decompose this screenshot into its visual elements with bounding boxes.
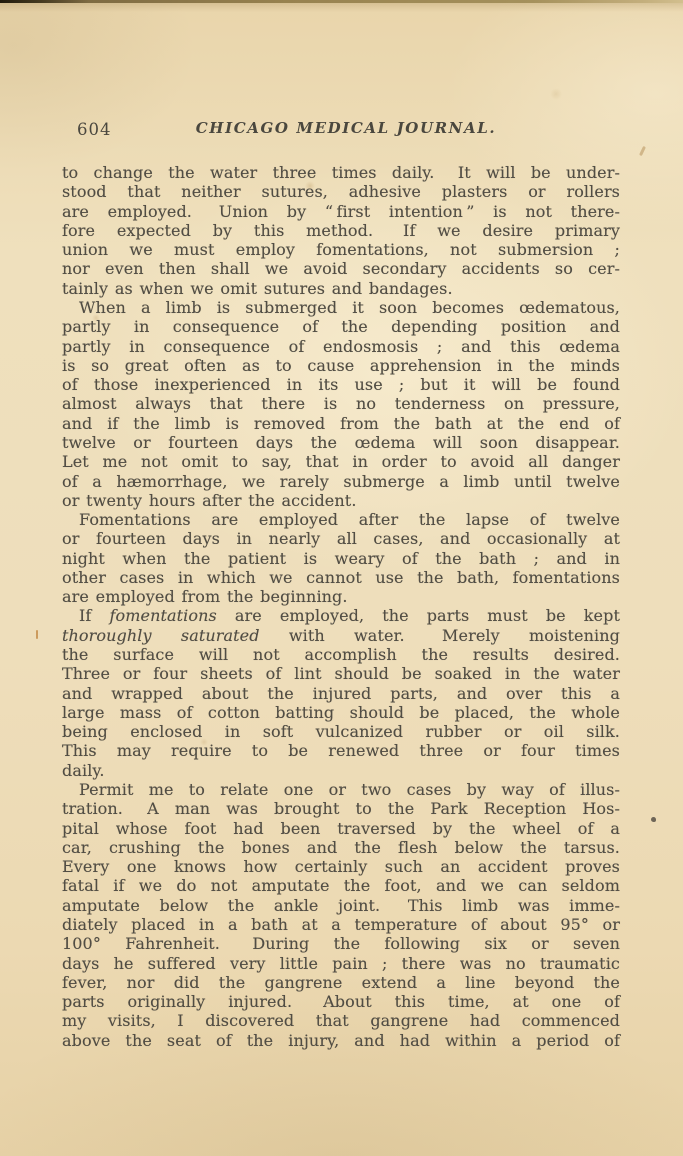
text-line: This may require to be renewed three or … xyxy=(62,741,620,760)
paragraph: Permit me to relate one or two cases by … xyxy=(62,780,620,1050)
text-line: night when the patient is weary of the b… xyxy=(62,549,620,568)
text-line: When a limb is submerged it soon becomes… xyxy=(62,298,620,317)
running-head: 604 CHICAGO MEDICAL JOURNAL. xyxy=(62,119,620,139)
text-line: fatal if we do not amputate the foot, an… xyxy=(62,876,620,895)
text-line: amputate below the ankle joint. This lim… xyxy=(62,896,620,915)
text-line: above the seat of the injury, and had wi… xyxy=(62,1031,620,1050)
text-line: or twenty hours after the accident. xyxy=(62,491,620,510)
text-line: twelve or fourteen days the œdema will s… xyxy=(62,433,620,452)
text-line: diately placed in a bath at a temperatur… xyxy=(62,915,620,934)
text-line: thoroughly saturated with water. Merely … xyxy=(62,626,620,645)
text-line: car, crushing the bones and the flesh be… xyxy=(62,838,620,857)
text-line: of a hæmorrhage, we rarely submerge a li… xyxy=(62,472,620,491)
text-line: pital whose foot had been traversed by t… xyxy=(62,819,620,838)
text-line: daily. xyxy=(62,761,620,780)
text-line: partly in consequence of endosmosis ; an… xyxy=(62,337,620,356)
text-line: partly in consequence of the depending p… xyxy=(62,317,620,336)
text-line: parts originally injured. About this tim… xyxy=(62,992,620,1011)
text-line: days he suffered very little pain ; ther… xyxy=(62,954,620,973)
text-line: Every one knows how certainly such an ac… xyxy=(62,857,620,876)
text-line: to change the water three times daily. I… xyxy=(62,163,620,182)
text-line: are employed. Union by “ first intention… xyxy=(62,202,620,221)
text-line: 100° Fahrenheit. During the following si… xyxy=(62,934,620,953)
text-line: stood that neither sutures, adhesive pla… xyxy=(62,182,620,201)
text-line: my visits, I discovered that gangrene ha… xyxy=(62,1011,620,1030)
text-line: nor even then shall we avoid secondary a… xyxy=(62,259,620,278)
text-line: or fourteen days in nearly all cases, an… xyxy=(62,529,620,548)
text-line: fever, nor did the gangrene extend a lin… xyxy=(62,973,620,992)
text-line: If fomentations are employed, the parts … xyxy=(62,606,620,625)
text-line: of those inexperienced in its use ; but … xyxy=(62,375,620,394)
scanned-page: 604 CHICAGO MEDICAL JOURNAL. to change t… xyxy=(0,0,683,1156)
paragraph: If fomentations are employed, the parts … xyxy=(62,606,620,780)
text-line: other cases in which we cannot use the b… xyxy=(62,568,620,587)
text-line: fore expected by this method. If we desi… xyxy=(62,221,620,240)
scan-top-shade xyxy=(0,3,683,12)
journal-title: CHICAGO MEDICAL JOURNAL. xyxy=(62,119,620,137)
text-line: being enclosed in soft vulcanized rubber… xyxy=(62,722,620,741)
paragraph: When a limb is submerged it soon becomes… xyxy=(62,298,620,510)
text-line: union we must employ fomentations, not s… xyxy=(62,240,620,259)
text-line: the surface will not accomplish the resu… xyxy=(62,645,620,664)
text-line: are employed from the beginning. xyxy=(62,587,620,606)
paper-speck xyxy=(651,817,656,822)
paragraph: Fomentations are employed after the laps… xyxy=(62,510,620,606)
paper-speck xyxy=(639,146,646,156)
paper-speck xyxy=(36,630,38,639)
text-column: to change the water three times daily. I… xyxy=(62,163,620,1050)
text-line: almost always that there is no tendernes… xyxy=(62,394,620,413)
text-line: large mass of cotton batting should be p… xyxy=(62,703,620,722)
text-line: tainly as when we omit sutures and banda… xyxy=(62,279,620,298)
text-line: Three or four sheets of lint should be s… xyxy=(62,664,620,683)
text-line: Permit me to relate one or two cases by … xyxy=(62,780,620,799)
page-number: 604 xyxy=(77,120,112,139)
text-line: and if the limb is removed from the bath… xyxy=(62,414,620,433)
text-line: Let me not omit to say, that in order to… xyxy=(62,452,620,471)
paragraph: to change the water three times daily. I… xyxy=(62,163,620,298)
text-line: tration. A man was brought to the Park R… xyxy=(62,799,620,818)
text-line: and wrapped about the injured parts, and… xyxy=(62,684,620,703)
text-line: Fomentations are employed after the laps… xyxy=(62,510,620,529)
text-line: is so great often as to cause apprehensi… xyxy=(62,356,620,375)
